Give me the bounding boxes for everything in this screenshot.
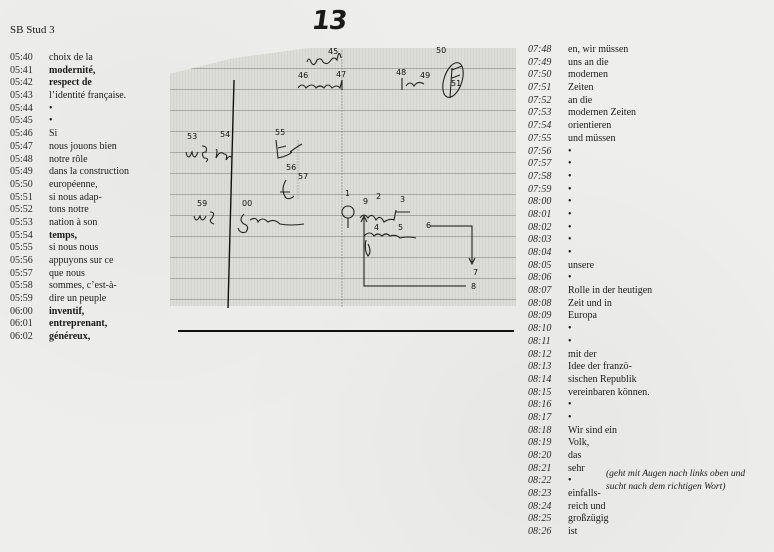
marker-56: 56 <box>286 163 296 172</box>
marker-59: 59 <box>197 199 207 208</box>
marker-6: 6 <box>426 221 431 230</box>
transcript-row: 05:56appuyons sur ce <box>10 255 129 268</box>
transcript-text: mit der <box>568 349 597 362</box>
marker-00: 00 <box>242 199 252 208</box>
marker-50: 50 <box>436 46 446 55</box>
marker-46: 46 <box>298 71 308 80</box>
transcript-row: 06:00inventif, <box>10 306 129 319</box>
transcript-row: 07:50modernen <box>528 69 652 82</box>
timestamp: 08:06 <box>528 272 568 285</box>
transcript-row: 08:11• <box>528 336 652 349</box>
transcript-row: 05:59dire un peuple <box>10 293 129 306</box>
transcript-row: 08:08Zeit und in <box>528 298 652 311</box>
transcript-text: inventif, <box>49 306 84 319</box>
transcript-text: Wir sind ein <box>568 425 617 438</box>
timestamp: 05:40 <box>10 52 49 65</box>
transcript-text: sommes, c’est-à- <box>49 280 117 293</box>
marker-2: 2 <box>376 192 381 201</box>
transcript-row: 05:55si nous nous <box>10 242 129 255</box>
timestamp: 07:58 <box>528 171 568 184</box>
timestamp: 05:59 <box>10 293 49 306</box>
timestamp: 05:53 <box>10 217 49 230</box>
timestamp: 05:58 <box>10 280 49 293</box>
timestamp: 08:02 <box>528 222 568 235</box>
transcript-text: Europa <box>568 310 597 323</box>
transcript-text: ist <box>568 526 577 539</box>
transcript-row: 08:00• <box>528 196 652 209</box>
transcript-text: généreux, <box>49 331 90 344</box>
transcript-text: • <box>568 184 572 197</box>
transcript-row: 05:41modernité, <box>10 65 129 78</box>
timestamp: 07:48 <box>528 44 568 57</box>
transcript-text: orientieren <box>568 120 611 133</box>
marker-49: 49 <box>420 71 430 80</box>
timestamp: 08:05 <box>528 260 568 273</box>
transcript-row: 05:58sommes, c’est-à- <box>10 280 129 293</box>
transcript-text: que nous <box>49 268 85 281</box>
timestamp: 05:47 <box>10 141 49 154</box>
transcript-row: 07:48en, wir müssen <box>528 44 652 57</box>
transcript-text: an die <box>568 95 592 108</box>
timestamp: 05:52 <box>10 204 49 217</box>
transcript-text: Volk, <box>568 437 589 450</box>
transcript-text: • <box>568 146 572 159</box>
timestamp: 08:17 <box>528 412 568 425</box>
transcript-row: 08:04• <box>528 247 652 260</box>
timestamp: 08:19 <box>528 437 568 450</box>
timestamp: 06:01 <box>10 318 49 331</box>
marker-55: 55 <box>275 128 285 137</box>
transcript-row: 08:06• <box>528 272 652 285</box>
timestamp: 08:16 <box>528 399 568 412</box>
transcript-row: 05:40choix de la <box>10 52 129 65</box>
transcript-text: • <box>49 103 53 116</box>
timestamp: 08:00 <box>528 196 568 209</box>
transcript-row: 07:56• <box>528 146 652 159</box>
timestamp: 08:25 <box>528 513 568 526</box>
transcript-row: 05:46Si <box>10 128 129 141</box>
document-label: SB Stud 3 <box>10 24 55 36</box>
transcript-text: und müssen <box>568 133 616 146</box>
timestamp: 05:56 <box>10 255 49 268</box>
marker-3: 3 <box>400 195 405 204</box>
timestamp: 07:59 <box>528 184 568 197</box>
transcript-text: reich und <box>568 501 606 514</box>
timestamp: 07:50 <box>528 69 568 82</box>
transcript-text: dire un peuple <box>49 293 106 306</box>
marker-1: 1 <box>345 189 350 198</box>
transcript-text: großzügig <box>568 513 609 526</box>
timestamp: 06:00 <box>10 306 49 319</box>
marker-57: 57 <box>298 172 308 181</box>
timestamp: 07:55 <box>528 133 568 146</box>
timestamp: 08:22 <box>528 475 568 488</box>
transcript-text: vereinbaren können. <box>568 387 650 400</box>
transcript-text: • <box>49 115 53 128</box>
timestamp: 06:02 <box>10 331 49 344</box>
transcript-text: entreprenant, <box>49 318 107 331</box>
transcript-row: 05:47nous jouons bien <box>10 141 129 154</box>
transcript-text: notre rôle <box>49 154 88 167</box>
timestamp: 07:54 <box>528 120 568 133</box>
transcript-text: Zeiten <box>568 82 594 95</box>
timestamp: 08:21 <box>528 463 568 476</box>
transcript-text: modernen Zeiten <box>568 107 636 120</box>
transcript-row: 05:51si nous adap- <box>10 192 129 205</box>
timestamp: 07:57 <box>528 158 568 171</box>
transcript-text: nous jouons bien <box>49 141 117 154</box>
timestamp: 08:18 <box>528 425 568 438</box>
timestamp: 08:09 <box>528 310 568 323</box>
transcript-row: 08:15vereinbaren können. <box>528 387 652 400</box>
marker-48: 48 <box>396 68 406 77</box>
transcript-text: si nous adap- <box>49 192 102 205</box>
timestamp: 08:10 <box>528 323 568 336</box>
transcript-row: 08:07Rolle in der heutigen <box>528 285 652 298</box>
timestamp: 05:41 <box>10 65 49 78</box>
transcript-row: 08:01• <box>528 209 652 222</box>
transcript-row: 05:42respect de <box>10 77 129 90</box>
transcript-row: 05:54temps, <box>10 230 129 243</box>
transcript-row: 08:26ist <box>528 526 652 539</box>
marker-5: 5 <box>398 223 403 232</box>
timestamp: 08:23 <box>528 488 568 501</box>
transcript-row: 07:55und müssen <box>528 133 652 146</box>
transcript-text: Si <box>49 128 57 141</box>
transcript-row: 08:25großzügig <box>528 513 652 526</box>
transcript-text: dans la construction <box>49 166 129 179</box>
transcript-text: l’identité française. <box>49 90 126 103</box>
timestamp: 05:51 <box>10 192 49 205</box>
transcript-text: • <box>568 171 572 184</box>
transcript-row: 07:59• <box>528 184 652 197</box>
annotation-note-line1: (geht mit Augen nach links oben und <box>606 468 745 481</box>
transcript-text: nation à son <box>49 217 97 230</box>
transcript-row: 08:16• <box>528 399 652 412</box>
timestamp: 07:51 <box>528 82 568 95</box>
timestamp: 07:56 <box>528 146 568 159</box>
transcript-row: 06:02généreux, <box>10 331 129 344</box>
transcript-text: temps, <box>49 230 77 243</box>
transcript-row: 08:19Volk, <box>528 437 652 450</box>
transcript-text: • <box>568 412 572 425</box>
transcript-text: • <box>568 247 572 260</box>
transcript-row: 07:53modernen Zeiten <box>528 107 652 120</box>
transcript-text: • <box>568 234 572 247</box>
timestamp: 05:50 <box>10 179 49 192</box>
transcript-row: 05:45• <box>10 115 129 128</box>
transcript-text: • <box>568 209 572 222</box>
transcript-text: • <box>568 399 572 412</box>
german-transcript: 07:48en, wir müssen07:49uns an die07:50m… <box>528 44 652 539</box>
transcript-row: 05:44• <box>10 103 129 116</box>
transcript-text: • <box>568 336 572 349</box>
marker-7: 7 <box>473 268 478 277</box>
timestamp: 08:14 <box>528 374 568 387</box>
transcript-text: modernité, <box>49 65 95 78</box>
transcript-text: appuyons sur ce <box>49 255 113 268</box>
transcript-row: 08:14sischen Republik <box>528 374 652 387</box>
timestamp: 08:20 <box>528 450 568 463</box>
transcript-text: Idee der franzö- <box>568 361 632 374</box>
timestamp: 05:55 <box>10 242 49 255</box>
transcript-row: 08:05unsere <box>528 260 652 273</box>
transcript-row: 08:03• <box>528 234 652 247</box>
transcript-row: 08:18Wir sind ein <box>528 425 652 438</box>
transcript-row: 08:09Europa <box>528 310 652 323</box>
timestamp: 05:49 <box>10 166 49 179</box>
transcript-text: einfalls- <box>568 488 601 501</box>
transcript-row: 05:50européenne, <box>10 179 129 192</box>
transcript-text: uns an die <box>568 57 609 70</box>
timestamp: 08:26 <box>528 526 568 539</box>
timestamp: 05:45 <box>10 115 49 128</box>
timestamp: 08:13 <box>528 361 568 374</box>
transcript-row: 08:17• <box>528 412 652 425</box>
transcript-text: européenne, <box>49 179 98 192</box>
marker-53: 53 <box>187 132 197 141</box>
timestamp: 07:49 <box>528 57 568 70</box>
divider-line <box>178 330 514 332</box>
transcript-row: 08:20das <box>528 450 652 463</box>
french-transcript: 05:40choix de la05:41modernité,05:42resp… <box>10 52 129 344</box>
transcript-row: 07:58• <box>528 171 652 184</box>
timestamp: 07:52 <box>528 95 568 108</box>
transcript-text: modernen <box>568 69 608 82</box>
transcript-row: 07:54orientieren <box>528 120 652 133</box>
transcript-text: tons notre <box>49 204 89 217</box>
handwritten-notes: 45 46 47 48 49 50 51 53 54 55 56 57 59 0… <box>170 40 516 310</box>
transcript-text: si nous nous <box>49 242 98 255</box>
transcript-text: • <box>568 323 572 336</box>
transcript-text: • <box>568 222 572 235</box>
marker-47: 47 <box>336 70 346 79</box>
timestamp: 08:08 <box>528 298 568 311</box>
transcript-row: 08:10• <box>528 323 652 336</box>
transcript-row: 07:57• <box>528 158 652 171</box>
marker-45: 45 <box>328 47 338 56</box>
timestamp: 08:11 <box>528 336 568 349</box>
marker-8: 8 <box>471 282 476 291</box>
timestamp: 08:01 <box>528 209 568 222</box>
timestamp: 08:24 <box>528 501 568 514</box>
transcript-row: 07:52an die <box>528 95 652 108</box>
transcript-row: 05:49dans la construction <box>10 166 129 179</box>
annotation-note: (geht mit Augen nach links oben und such… <box>606 468 745 493</box>
transcript-row: 05:48notre rôle <box>10 154 129 167</box>
timestamp: 05:43 <box>10 90 49 103</box>
timestamp: 08:12 <box>528 349 568 362</box>
transcript-text: sischen Republik <box>568 374 637 387</box>
transcript-text: Zeit und in <box>568 298 612 311</box>
transcript-text: • <box>568 272 572 285</box>
timestamp: 08:04 <box>528 247 568 260</box>
timestamp: 08:15 <box>528 387 568 400</box>
transcript-row: 07:51Zeiten <box>528 82 652 95</box>
timestamp: 07:53 <box>528 107 568 120</box>
timestamp: 05:44 <box>10 103 49 116</box>
marker-51: 51 <box>451 79 461 88</box>
timestamp: 05:54 <box>10 230 49 243</box>
transcript-text: • <box>568 196 572 209</box>
transcript-row: 08:02• <box>528 222 652 235</box>
transcript-row: 05:52tons notre <box>10 204 129 217</box>
timestamp: 05:46 <box>10 128 49 141</box>
timestamp: 05:42 <box>10 77 49 90</box>
transcript-row: 07:49uns an die <box>528 57 652 70</box>
transcript-text: sehr <box>568 463 585 476</box>
transcript-row: 08:24reich und <box>528 501 652 514</box>
marker-4: 4 <box>374 223 379 232</box>
transcript-row: 06:01entreprenant, <box>10 318 129 331</box>
timestamp: 08:03 <box>528 234 568 247</box>
transcript-text: unsere <box>568 260 594 273</box>
transcript-row: 08:12mit der <box>528 349 652 362</box>
transcript-row: 05:43l’identité française. <box>10 90 129 103</box>
marker-54: 54 <box>220 130 230 139</box>
transcript-text: respect de <box>49 77 92 90</box>
page-number: 13 <box>310 6 348 36</box>
marker-9: 9 <box>363 197 368 206</box>
transcript-text: • <box>568 158 572 171</box>
timestamp: 08:07 <box>528 285 568 298</box>
transcript-text: das <box>568 450 581 463</box>
timestamp: 05:57 <box>10 268 49 281</box>
timestamp: 05:48 <box>10 154 49 167</box>
transcript-text: choix de la <box>49 52 93 65</box>
transcript-row: 08:13Idee der franzö- <box>528 361 652 374</box>
transcript-row: 05:53nation à son <box>10 217 129 230</box>
transcript-text: Rolle in der heutigen <box>568 285 652 298</box>
transcript-text: en, wir müssen <box>568 44 628 57</box>
transcript-text: • <box>568 475 572 488</box>
annotation-note-line2: sucht nach dem richtigen Wort) <box>606 481 745 494</box>
transcript-row: 05:57que nous <box>10 268 129 281</box>
